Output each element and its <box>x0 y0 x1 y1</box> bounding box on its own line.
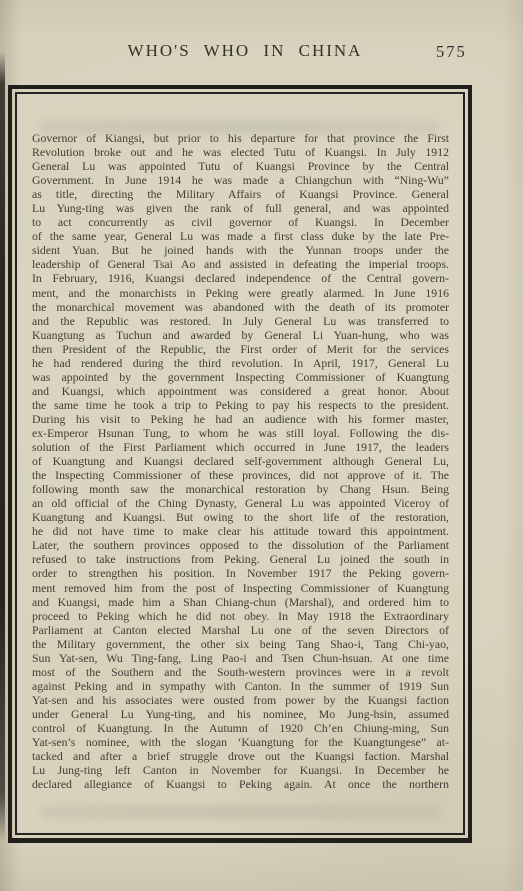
text-line: the same time he took a trip to Peking t… <box>32 398 449 412</box>
text-line: leadership of General Tsai Ao and assist… <box>32 257 449 271</box>
text-line: the monarchical movement was abandoned w… <box>32 300 449 314</box>
text-line: Sun Yat-sen, Wu Ting-fang, Ling Pao-i an… <box>32 651 449 665</box>
text-line: and Kuangsi, which appointment was consi… <box>32 384 449 398</box>
text-line: to act concurrently as civil governor of… <box>32 215 449 229</box>
text-line: ex-Emperor Hsunan Tung, to whom he was s… <box>32 426 449 440</box>
page-border-frame-inner: Governor of Kiangsi, but prior to his de… <box>15 92 465 835</box>
text-line: most of the Southern and the South-weste… <box>32 665 449 679</box>
text-line: was appointed by the government Inspecti… <box>32 370 449 384</box>
text-line: ment removed him from the post of Inspec… <box>32 581 449 595</box>
text-line: he had rendered during the third revolut… <box>32 356 449 370</box>
text-line: proceed to Peking which he did not obey.… <box>32 609 449 623</box>
text-line: Parliament at Canton elected Marshal Lu … <box>32 623 449 637</box>
body-text: Governor of Kiangsi, but prior to his de… <box>32 131 449 791</box>
text-line: under General Lu Yung-ting, and his nomi… <box>32 707 449 721</box>
text-line: Lu Yung-ting was given the rank of full … <box>32 201 449 215</box>
text-line: During his visit to Peking he had an aud… <box>32 412 449 426</box>
text-line: control of Kuangtung. In the Autumn of 1… <box>32 721 449 735</box>
text-line: Yat-sen’s nominee, with the slogan ‘Kuan… <box>32 735 449 749</box>
text-line: General Lu was appointed Tutu of Kuangsi… <box>32 159 449 173</box>
text-line: and Kuangsi, made him a Shan Chiang-chun… <box>32 595 449 609</box>
text-line: tacked and after a brief struggle drove … <box>32 749 449 763</box>
text-line: Governor of Kiangsi, but prior to his de… <box>32 131 449 145</box>
text-line: as title, directing the Military Affairs… <box>32 187 449 201</box>
text-line: the Military government, the other six b… <box>32 637 449 651</box>
text-line: order to strengthen his position. In Nov… <box>32 566 449 580</box>
text-line: sident Yuan. But he joined hands with th… <box>32 243 449 257</box>
text-line: ment, and the monarchists in Peking were… <box>32 286 449 300</box>
text-line: In February, 1916, Kuangsi declared inde… <box>32 271 449 285</box>
text-line: of the same year, General Lu was made a … <box>32 229 449 243</box>
text-line: Yat-sen and his associates were ousted f… <box>32 693 449 707</box>
text-line: of Kuangtung and Kuangsi declared self-g… <box>32 454 449 468</box>
text-line: declared allegiance of Kuangsi to Peking… <box>32 777 449 791</box>
text-line: Later, the southern provinces opposed to… <box>32 538 449 552</box>
page-border-frame: Governor of Kiangsi, but prior to his de… <box>8 85 472 843</box>
text-line: Kuangtung as Tuchun and awarded by Gener… <box>32 328 449 342</box>
text-line: Kuangtung and Kuangsi. But owing to the … <box>32 510 449 524</box>
text-line: Government. In June 1914 he was made a C… <box>32 173 449 187</box>
scanned-book-page: WHO'S WHO IN CHINA 575 Governor of Kiang… <box>0 0 523 891</box>
text-line: against Peking and in sympathy with Cant… <box>32 679 449 693</box>
running-header-title: WHO'S WHO IN CHINA <box>0 41 490 61</box>
text-line: following month saw the monarchical rest… <box>32 482 449 496</box>
text-line: and the Republic was restored. In July G… <box>32 314 449 328</box>
text-line: refused to take instructions from Peking… <box>32 552 449 566</box>
page-number: 575 <box>436 42 467 62</box>
text-line: the Inspecting Commissioner of these pro… <box>32 468 449 482</box>
text-line: he did not have time to make clear his a… <box>32 524 449 538</box>
page-gutter-shadow <box>0 52 5 842</box>
text-line: solution of the First Parliament which o… <box>32 440 449 454</box>
text-line: then President of the Republic, the Firs… <box>32 342 449 356</box>
text-line: Revolution broke out and he was elected … <box>32 145 449 159</box>
text-line: an old official of the Ching Dynasty, Ge… <box>32 496 449 510</box>
text-line: Lu Jung-ting left Canton in November for… <box>32 763 449 777</box>
